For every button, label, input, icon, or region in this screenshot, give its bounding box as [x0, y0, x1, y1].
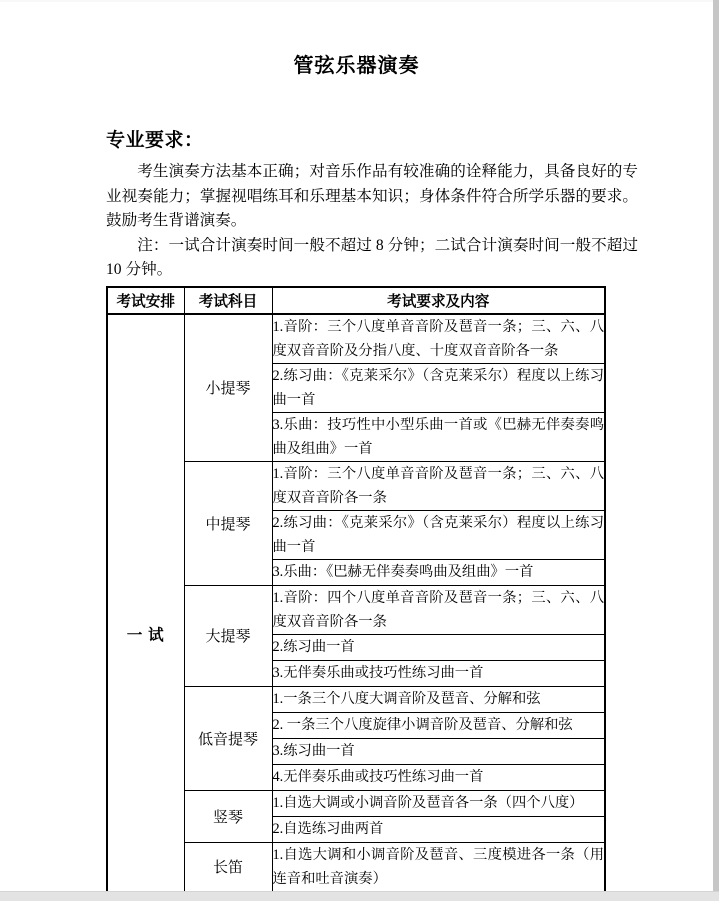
- requirement-item: 2.练习曲：《克莱采尔》（含克莱采尔）程度以上练习曲一首: [272, 363, 605, 412]
- subject-cell-violin: 小提琴: [184, 314, 272, 462]
- requirement-item: 2.练习曲一首: [272, 634, 605, 660]
- requirement-item: 3.无伴奏乐曲或技巧性练习曲一首: [272, 660, 605, 686]
- scrollbar-track[interactable]: [713, 0, 719, 891]
- subject-cell-viola: 中提琴: [184, 461, 272, 585]
- exam-requirements-table: 考试安排 考试科目 考试要求及内容 一 试 小提琴 1.音阶：三个八度单音音阶及…: [106, 286, 606, 893]
- subject-cell-harp: 竖琴: [184, 790, 272, 842]
- requirement-item: 1.音阶：三个八度单音音阶及琶音一条；三、六、八度双音音阶各一条: [272, 461, 605, 510]
- requirement-item: 1.一条三个八度大调音阶及琶音、分解和弦: [272, 686, 605, 712]
- requirement-item: 2.自选练习曲两首: [272, 816, 605, 842]
- section-heading-professional-requirements: 专业要求：: [106, 128, 713, 154]
- requirement-item: 1.音阶：四个八度单音音阶及琶音一条；三、六、八度双音音阶各一条: [272, 585, 605, 634]
- subject-cell-cello: 大提琴: [184, 585, 272, 686]
- header-exam-requirements: 考试要求及内容: [272, 287, 605, 314]
- page-bottom-edge: [0, 891, 719, 901]
- requirement-item: 3.练习曲一首: [272, 738, 605, 764]
- requirement-item: 2.练习曲：《克莱采尔》（含克莱采尔）程度以上练习曲一首: [272, 510, 605, 559]
- subject-cell-double-bass: 低音提琴: [184, 686, 272, 790]
- requirement-item: 3.乐曲：技巧性中小型乐曲一首或《巴赫无伴奏奏鸣曲及组曲》一首: [272, 412, 605, 461]
- requirement-item: 4.无伴奏乐曲或技巧性练习曲一首: [272, 764, 605, 790]
- table-header-row: 考试安排 考试科目 考试要求及内容: [107, 287, 605, 314]
- exam-stage-cell: 一 试: [107, 314, 184, 892]
- page-top-edge: [0, 0, 719, 2]
- page-title: 管弦乐器演奏: [0, 54, 713, 78]
- exam-stage-label: 一 试: [127, 627, 165, 644]
- note-paragraph: 注：一试合计演奏时间一般不超过 8 分钟；二试合计演奏时间一般不超过 10 分钟…: [106, 234, 638, 283]
- requirement-item: 3.乐曲：《巴赫无伴奏奏鸣曲及组曲》一首: [272, 559, 605, 585]
- requirements-paragraph: 考生演奏方法基本正确；对音乐作品有较准确的诠释能力，具备良好的专业视奏能力；掌握…: [106, 160, 638, 234]
- header-exam-arrangement: 考试安排: [107, 287, 184, 314]
- requirement-item: 1.自选大调或小调音阶及琶音各一条（四个八度）: [272, 790, 605, 816]
- header-exam-subject: 考试科目: [184, 287, 272, 314]
- requirement-item: 1.自选大调和小调音阶及琶音、三度模进各一条（用连音和吐音演奏）: [272, 842, 605, 892]
- requirement-item: 1.音阶：三个八度单音音阶及琶音一条；三、六、八度双音音阶及分指八度、十度双音音…: [272, 314, 605, 364]
- subject-cell-flute: 长笛: [184, 842, 272, 892]
- requirement-item: 2. 一条三个八度旋律小调音阶及琶音、分解和弦: [272, 712, 605, 738]
- table-row: 一 试 小提琴 1.音阶：三个八度单音音阶及琶音一条；三、六、八度双音音阶及分指…: [107, 314, 605, 364]
- document-page: 管弦乐器演奏 专业要求： 考生演奏方法基本正确；对音乐作品有较准确的诠释能力，具…: [0, 0, 713, 891]
